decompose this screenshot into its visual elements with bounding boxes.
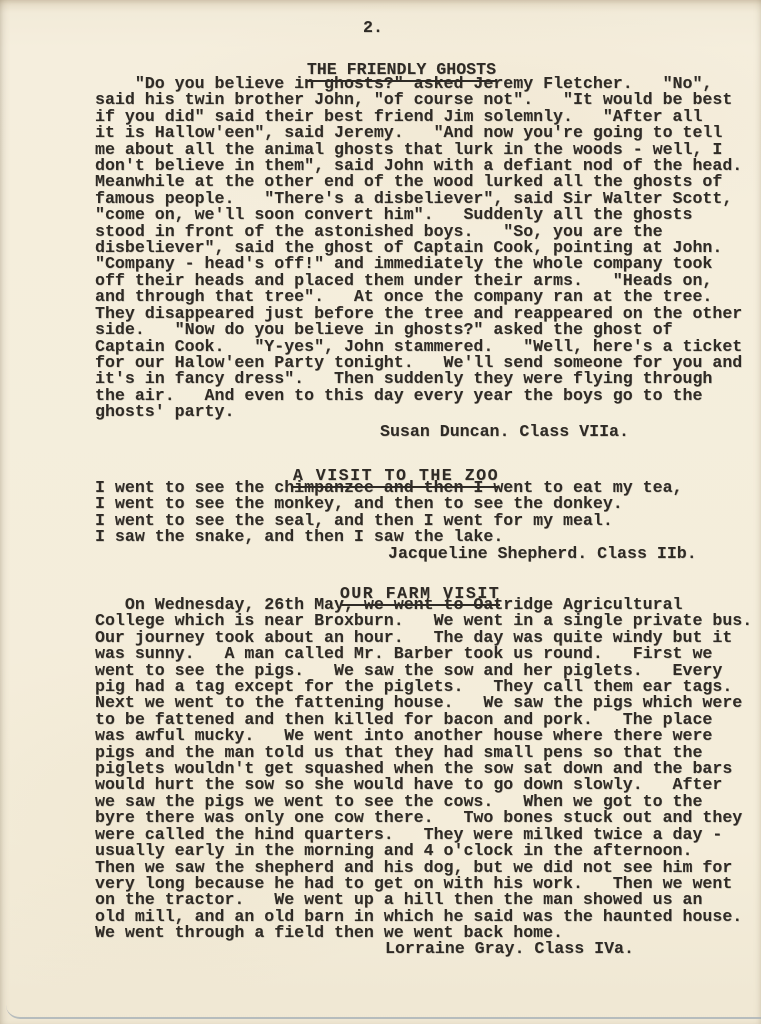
story-attribution-lorraine-gray: Lorraine Gray. Class IVa. xyxy=(385,941,634,957)
page-number: 2. xyxy=(363,20,383,36)
story-body-zoo-visit: I went to see the chimpanzee and then I … xyxy=(95,480,683,546)
scanned-magazine-page: 2. THE FRIENDLY GHOSTS "Do you believe i… xyxy=(0,0,761,1024)
story-body-farm-visit: On Wednesday, 26th May, we went to Oatri… xyxy=(95,597,752,942)
scan-bottom-edge xyxy=(6,1001,761,1019)
story-attribution-jacqueline-shepherd: Jacqueline Shepherd. Class IIb. xyxy=(388,546,697,562)
story-body-friendly-ghosts: "Do you believe in ghosts?" asked Jeremy… xyxy=(95,76,742,421)
story-attribution-susan-duncan: Susan Duncan. Class VIIa. xyxy=(380,424,629,440)
